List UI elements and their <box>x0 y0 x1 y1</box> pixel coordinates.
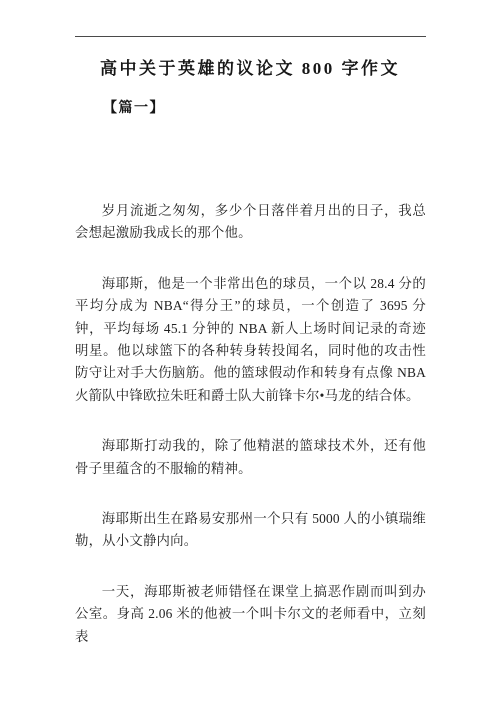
document-title: 高中关于英雄的议论文 800 字作文 <box>45 58 455 80</box>
essay-paragraph-5: 一天，海耶斯被老师错怪在课堂上搞恶作剧而叫到办公室。身高 2.06 米的他被一个… <box>75 581 426 648</box>
essay-paragraph-1: 岁月流逝之匆匆，多少个日落伴着月出的日子，我总会想起激励我成长的那个他。 <box>75 200 426 245</box>
essay-body: 岁月流逝之匆匆，多少个日落伴着月出的日子，我总会想起激励我成长的那个他。 海耶斯… <box>0 200 500 648</box>
document-page: 高中关于英雄的议论文 800 字作文 【篇一】 岁月流逝之匆匆，多少个日落伴着月… <box>0 0 500 707</box>
essay-paragraph-4: 海耶斯出生在路易安那州一个只有 5000 人的小镇瑞维勒，从小文静内向。 <box>75 508 426 553</box>
essay-paragraph-2: 海耶斯，他是一个非常出色的球员，一个以 28.4 分的平均分成为 NBA“得分王… <box>75 273 426 407</box>
essay-paragraph-3: 海耶斯打动我的，除了他精湛的篮球技术外，还有他骨子里蕴含的不服输的精神。 <box>75 435 426 480</box>
header-divider-rule <box>75 36 426 37</box>
section-label: 【篇一】 <box>103 100 426 117</box>
